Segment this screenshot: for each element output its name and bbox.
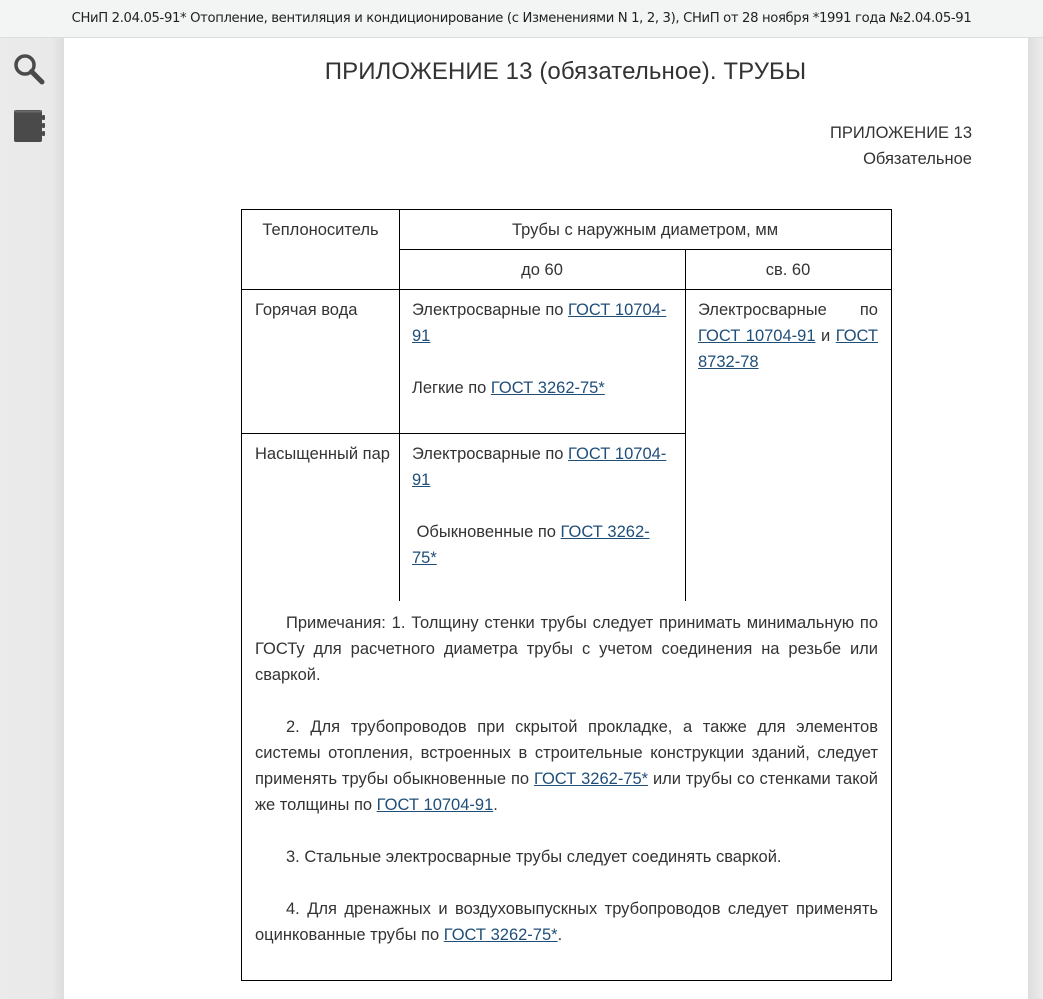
table-notes: Примечания: 1. Толщину стенки трубы след…: [255, 610, 878, 974]
appendix-header: ПРИЛОЖЕНИЕ 13 Обязательное: [830, 120, 972, 172]
right-scroll-rail[interactable]: [1028, 38, 1043, 999]
note-3: 3. Стальные электросварные трубы следует…: [255, 844, 878, 870]
gost-link[interactable]: ГОСТ 3262-75*: [534, 770, 648, 788]
header-pipes-diameter: Трубы с наружным диаметром, мм: [399, 217, 891, 243]
cell-coolant-saturated-steam: Насыщенный пар: [255, 441, 395, 467]
notebook-icon[interactable]: [12, 108, 48, 149]
gost-link[interactable]: ГОСТ 3262-75*: [491, 379, 605, 397]
search-icon[interactable]: [12, 52, 48, 93]
window-title-bar: СНиП 2.04.05-91* Отопление, вентиляция и…: [0, 0, 1043, 38]
row-divider: [399, 249, 891, 250]
cell-coolant-hot-water: Горячая вода: [255, 297, 395, 323]
header-coolant: Теплоноситель: [242, 217, 399, 243]
header-up-to-60: до 60: [399, 257, 685, 283]
cell-steam-up-to-60: Электросварные по ГОСТ 10704-91 Обыкнове…: [412, 441, 674, 571]
note-1: Примечания: 1. Толщину стенки трубы след…: [255, 610, 878, 688]
row-divider: [242, 433, 686, 434]
gost-link[interactable]: ГОСТ 10704-91: [377, 796, 494, 814]
appendix-status: Обязательное: [830, 146, 972, 172]
page-title: ПРИЛОЖЕНИЕ 13 (обязательное). ТРУБЫ: [64, 58, 1043, 86]
cell-hot-water-up-to-60: Электросварные по ГОСТ 10704-91 Легкие п…: [412, 297, 672, 401]
cell-over-60: Электросварные по ГОСТ 10704-91 и ГОСТ 8…: [698, 297, 878, 375]
pipes-table: Теплоноситель Трубы с наружным диаметром…: [241, 209, 892, 981]
document-page: ПРИЛОЖЕНИЕ 13 (обязательное). ТРУБЫ ПРИЛ…: [64, 38, 1028, 999]
row-divider: [242, 289, 891, 290]
document-title: СНиП 2.04.05-91* Отопление, вентиляция и…: [72, 11, 972, 26]
gost-link[interactable]: ГОСТ 10704-91: [698, 327, 816, 345]
note-2: 2. Для трубопроводов при скрытой проклад…: [255, 714, 878, 818]
appendix-label: ПРИЛОЖЕНИЕ 13: [830, 120, 972, 146]
note-4: 4. Для дренажных и воздуховыпускных труб…: [255, 896, 878, 948]
header-over-60: св. 60: [685, 257, 891, 283]
left-toolbar: [0, 38, 64, 999]
column-divider: [685, 249, 686, 601]
gost-link[interactable]: ГОСТ 3262-75*: [444, 926, 558, 944]
